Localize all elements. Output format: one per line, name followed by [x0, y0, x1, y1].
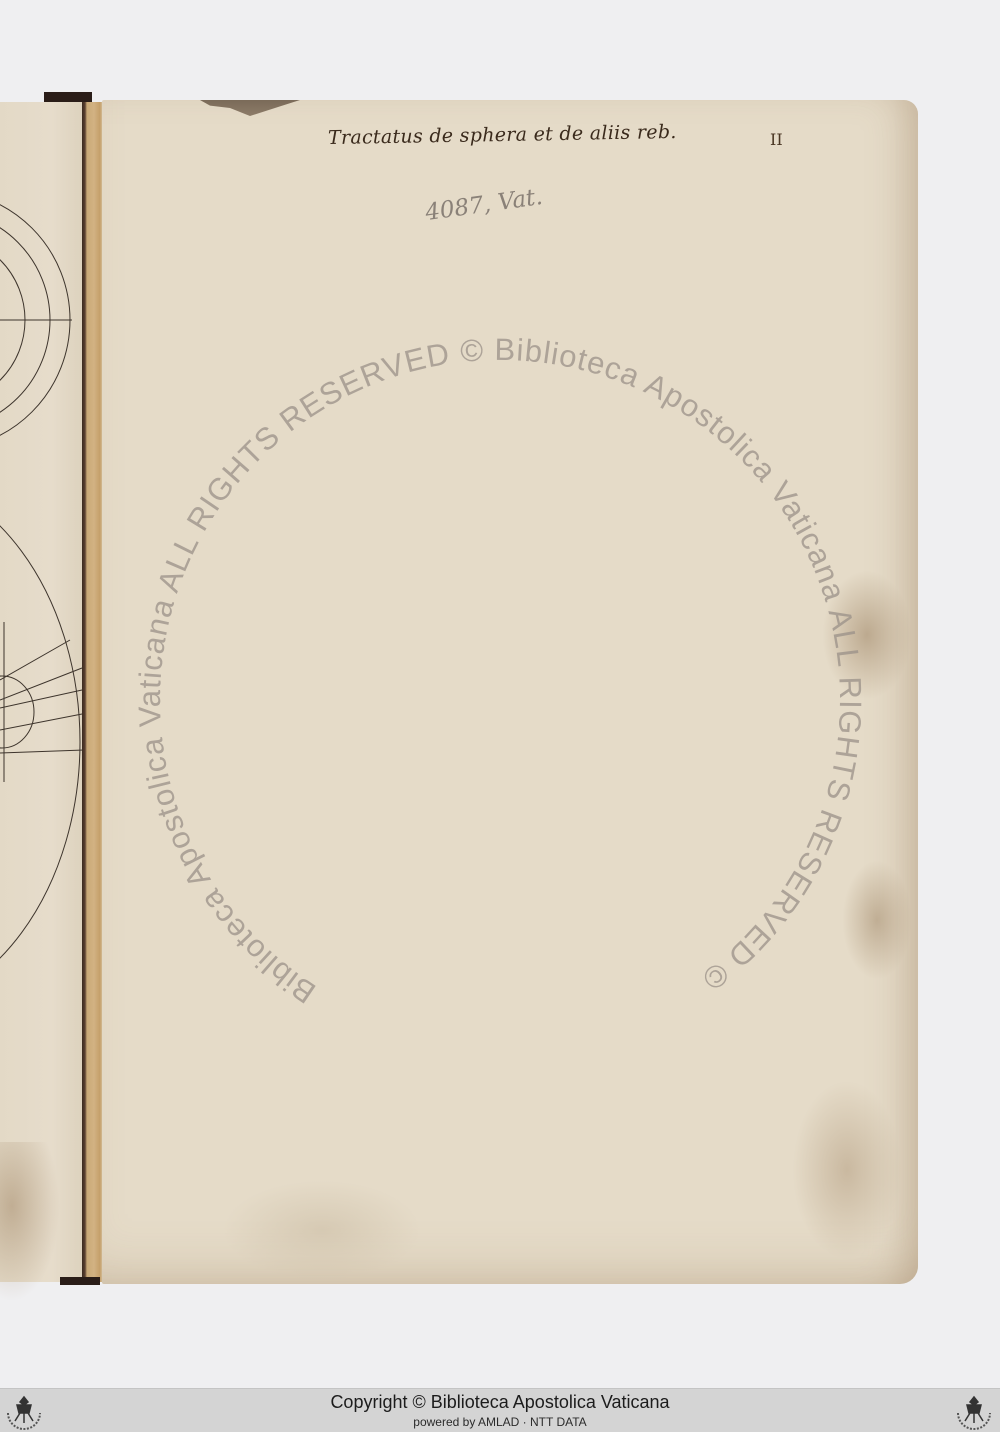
footer-bar: Copyright © Biblioteca Apostolica Vatica…: [0, 1388, 1000, 1432]
binding-tab-bottom: [60, 1277, 100, 1285]
image-viewer: Tractatus de sphera et de aliis reb. II …: [0, 0, 1000, 1388]
book-gutter: [82, 102, 104, 1282]
vatican-library-emblem-icon: [954, 1391, 994, 1431]
right-page: [102, 100, 918, 1284]
folio-number: II: [770, 130, 783, 149]
copyright-text: Copyright © Biblioteca Apostolica Vatica…: [0, 1392, 1000, 1413]
geometric-diagram: [0, 102, 86, 1282]
powered-by-text: powered by AMLAD · NTT DATA: [0, 1415, 1000, 1429]
